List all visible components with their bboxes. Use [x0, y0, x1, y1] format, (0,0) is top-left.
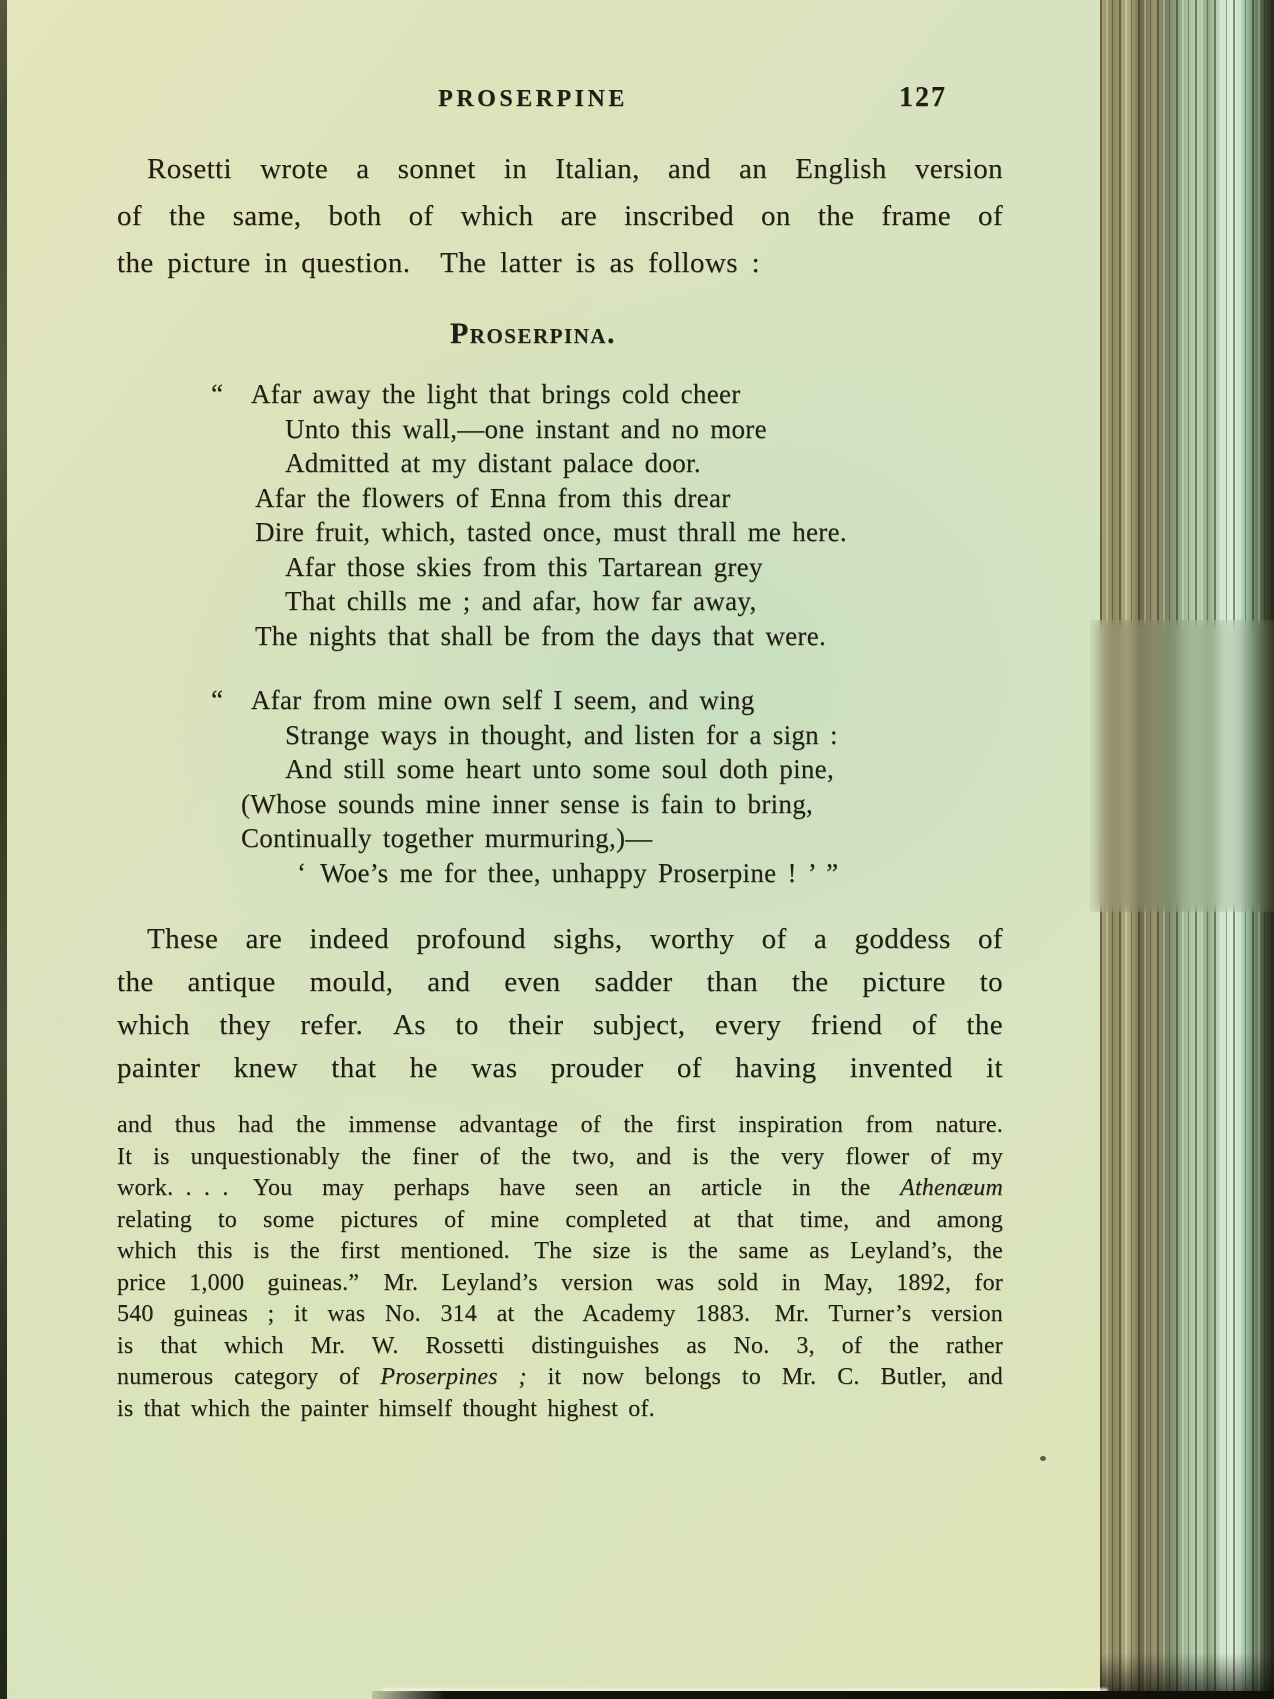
text-line: “ Afar away the light that brings cold c… — [211, 377, 1003, 412]
text-line: painter knew that he was prouder of havi… — [117, 1047, 1003, 1090]
bottom-page-edge-shadow — [372, 1691, 1274, 1699]
text-line: Dire fruit, which, tasted once, must thr… — [211, 515, 1003, 550]
page-title: PROSERPINE — [90, 86, 976, 113]
book-scan: PROSERPINE 127 Rosetti wrote a sonnet in… — [0, 0, 1274, 1699]
poem-title: Proserpina. — [90, 317, 976, 351]
text-line: 540 guineas ; it was No. 314 at the Acad… — [117, 1299, 1003, 1331]
text-line: That chills me ; and afar, how far away, — [211, 584, 1003, 619]
text-line: and thus had the immense advantage of th… — [117, 1110, 1003, 1142]
dust-speck — [1040, 1456, 1046, 1461]
text-line: which they refer. As to their subject, e… — [117, 1004, 1003, 1047]
text-line: Admitted at my distant palace door. — [211, 446, 1003, 481]
text-line: “ Afar from mine own self I seem, and wi… — [211, 683, 1003, 718]
text-line: is that which Mr. W. Rossetti distinguis… — [117, 1331, 1003, 1363]
text-line: The nights that shall be from the days t… — [211, 619, 1003, 654]
paragraph-intro: Rosetti wrote a sonnet in Italian, and a… — [117, 146, 1003, 287]
paragraph-commentary: These are indeed profound sighs, worthy … — [117, 918, 1003, 1090]
text-line: price 1,000 guineas.” Mr. Leyland’s vers… — [117, 1268, 1003, 1300]
running-header: PROSERPINE 127 — [117, 86, 1003, 122]
text-line: It is unquestionably the finer of the tw… — [117, 1142, 1003, 1174]
text-line: These are indeed profound sighs, worthy … — [117, 918, 1003, 961]
text-line: which this is the first mentioned. The s… — [117, 1236, 1003, 1268]
poem-stanza-1: “ Afar away the light that brings cold c… — [211, 377, 1003, 653]
text-line: is that which the painter himself though… — [117, 1394, 1003, 1426]
fore-edge-blur-band — [1090, 620, 1274, 912]
text-line: And still some heart unto some soul doth… — [211, 752, 1003, 787]
text-line: Rosetti wrote a sonnet in Italian, and a… — [117, 146, 1003, 193]
text-line: Unto this wall,—one instant and no more — [211, 412, 1003, 447]
text-line: Strange ways in thought, and listen for … — [211, 718, 1003, 753]
text-line: Afar the flowers of Enna from this drear — [211, 481, 1003, 516]
text-line: work. . . . You may perhaps have seen an… — [117, 1173, 1003, 1205]
text-line: the picture in question. The latter is a… — [117, 240, 1003, 287]
text-line: relating to some pictures of mine comple… — [117, 1205, 1003, 1237]
text-line: the antique mould, and even sadder than … — [117, 961, 1003, 1004]
text-line: Afar those skies from this Tartarean gre… — [211, 550, 1003, 585]
text-line: ‘ Woe’s me for thee, unhappy Proserpine … — [211, 856, 1003, 891]
poem-stanza-2: “ Afar from mine own self I seem, and wi… — [211, 683, 1003, 890]
footnote: and thus had the immense advantage of th… — [117, 1110, 1003, 1425]
page-content: PROSERPINE 127 Rosetti wrote a sonnet in… — [117, 0, 1003, 1425]
left-gutter-edge — [0, 0, 7, 1699]
page-number: 127 — [899, 82, 947, 114]
text-line: (Whose sounds mine inner sense is fain t… — [211, 787, 1003, 822]
text-line: Continually together murmuring,)— — [211, 821, 1003, 856]
text-line: of the same, both of which are inscribed… — [117, 193, 1003, 240]
text-line: numerous category of Proserpines ; it no… — [117, 1362, 1003, 1394]
